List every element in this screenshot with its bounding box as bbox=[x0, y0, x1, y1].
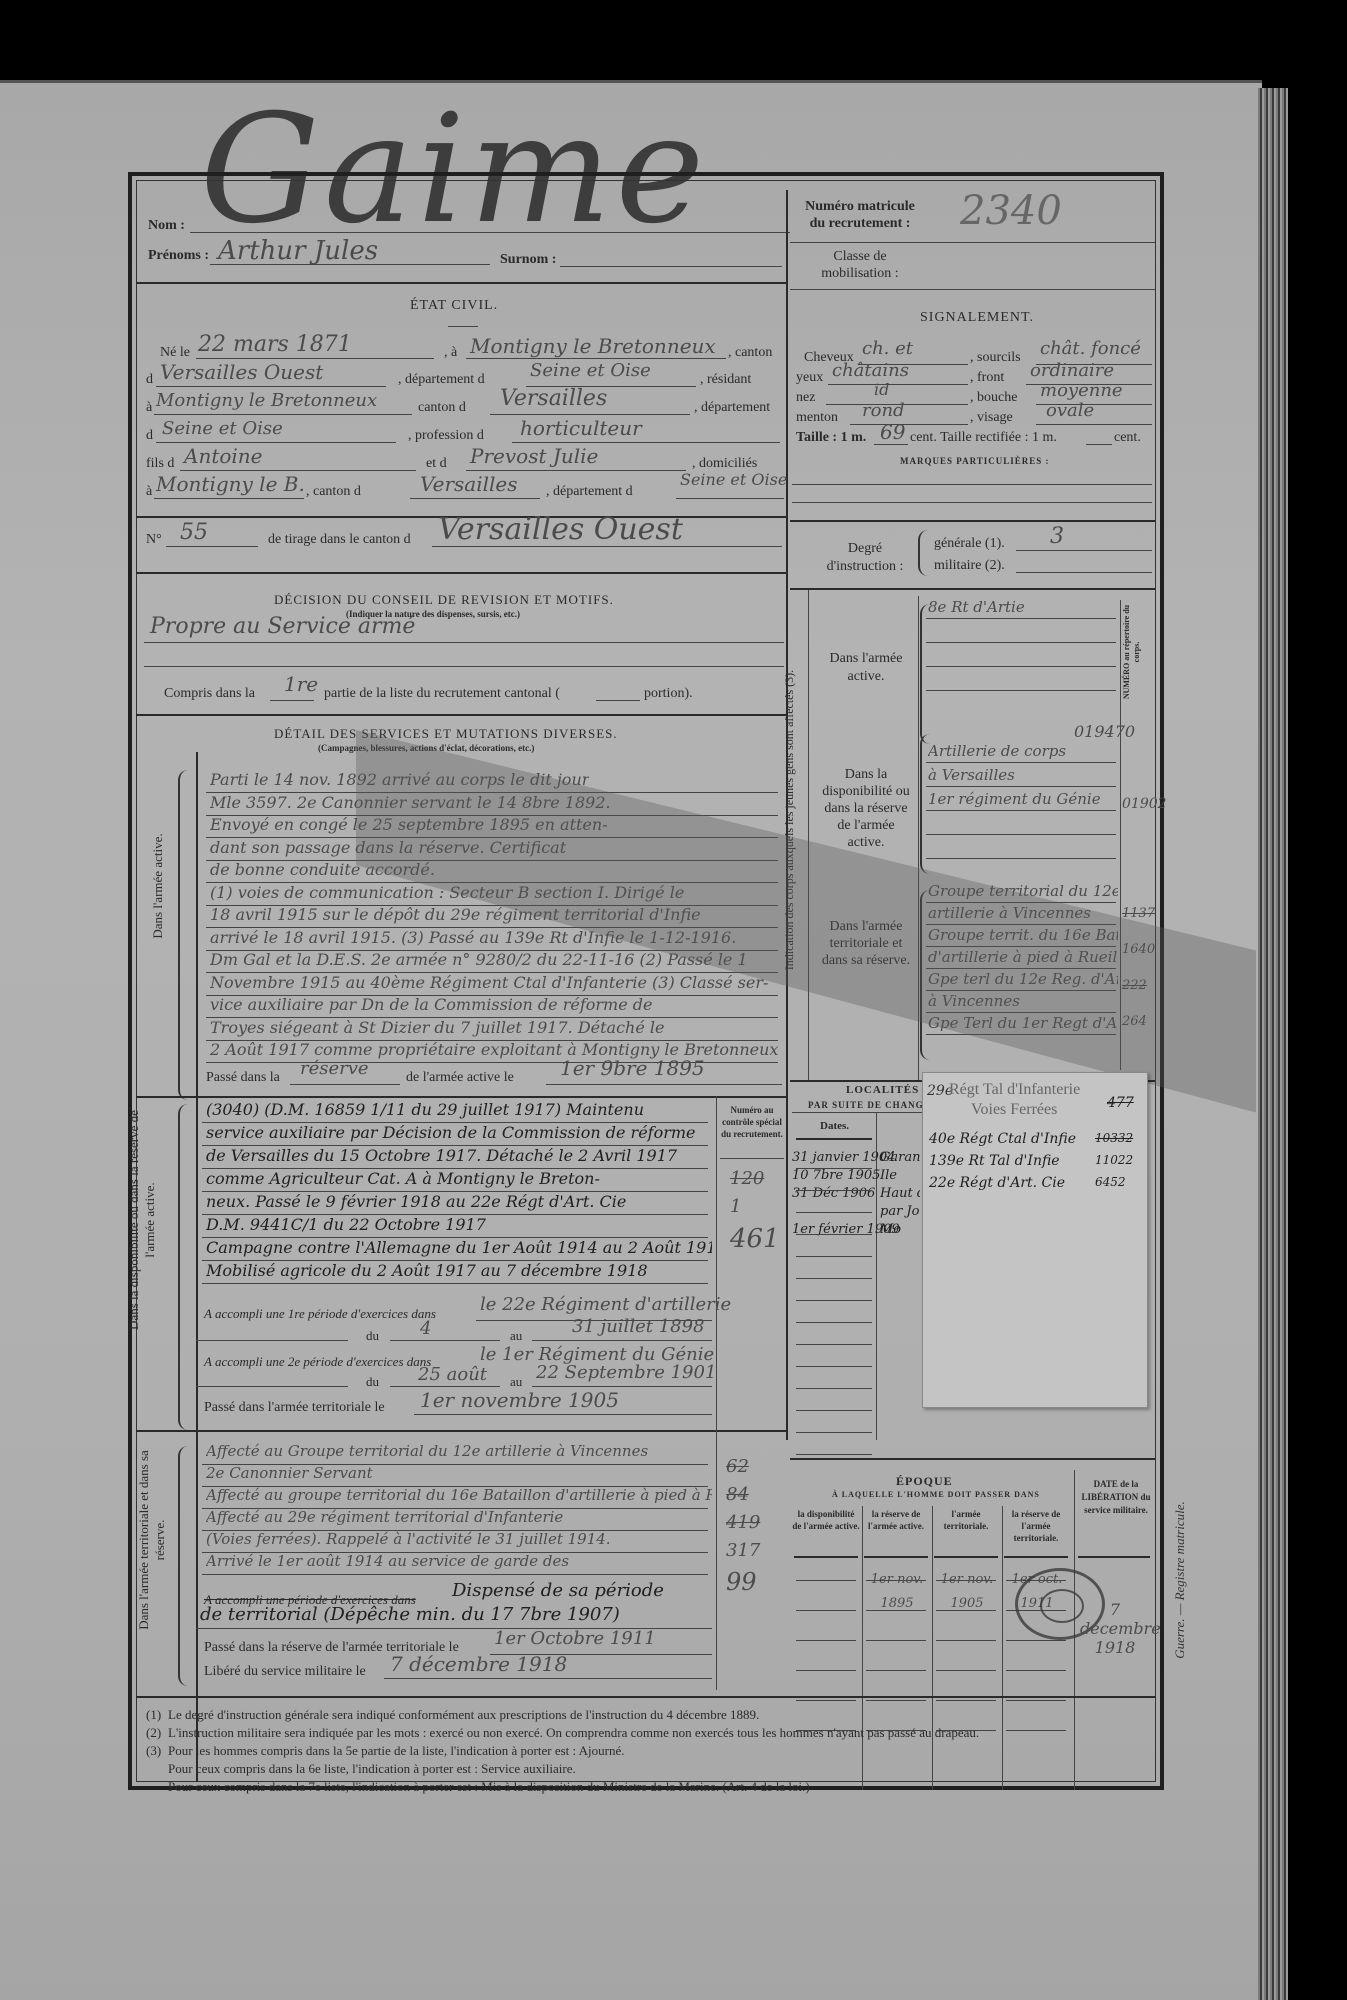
repertoire-header: NUMÉRO au répertoire du corps. bbox=[1122, 604, 1142, 700]
birth-date: 22 mars 1871 bbox=[198, 332, 352, 357]
line bbox=[792, 1112, 922, 1113]
line bbox=[796, 1212, 872, 1213]
line bbox=[866, 1670, 926, 1671]
instruction-generale-value: 3 bbox=[1050, 524, 1064, 549]
birth-place: Montigny le Bretonneux bbox=[470, 334, 716, 358]
menton-value: rond bbox=[862, 400, 905, 421]
line bbox=[1078, 1556, 1150, 1558]
tirage-number: 55 bbox=[180, 520, 208, 545]
handwritten-line: Troyes siégeant à St Dizier du 7 juillet… bbox=[210, 1018, 664, 1037]
handwritten-line: 18 avril 1915 sur le dépôt du 29e régime… bbox=[210, 905, 701, 924]
period1-au-value: 31 juillet 1898 bbox=[572, 1316, 705, 1337]
taille-cent-label: cent. bbox=[1114, 430, 1141, 446]
localite-place: Mo bbox=[880, 1222, 901, 1237]
surnom-line bbox=[560, 266, 782, 267]
line bbox=[926, 642, 1116, 643]
taille-value: 69 bbox=[880, 420, 905, 444]
corps-territoriale-label: Dans l'armée territoriale et dans sa rés… bbox=[818, 918, 914, 969]
prenoms-line bbox=[210, 264, 490, 265]
surnom-label: Surnom : bbox=[500, 252, 556, 268]
line bbox=[1006, 1640, 1066, 1641]
line bbox=[202, 1283, 708, 1284]
passe-reserve-territoriale-value: 1er Octobre 1911 bbox=[494, 1628, 656, 1649]
tirage-label: de tirage dans le canton d bbox=[268, 532, 411, 548]
period2-label: A accompli une 2e période d'exercices da… bbox=[204, 1354, 431, 1370]
controle-number: 317 bbox=[726, 1540, 760, 1561]
handwritten-line: Mle 3597. 2e Canonnier servant le 14 8br… bbox=[210, 793, 611, 812]
prenoms-value: Arthur Jules bbox=[218, 236, 378, 266]
line bbox=[1016, 572, 1152, 573]
line bbox=[796, 1700, 856, 1701]
line bbox=[796, 1190, 872, 1191]
footnote-text: Le degré d'instruction générale sera ind… bbox=[168, 1707, 759, 1722]
departement-value: Seine et Oise bbox=[530, 360, 651, 381]
note-entry: 22e Régt d'Art. Cie bbox=[929, 1175, 1065, 1191]
marques-label: MARQUES PARTICULIÈRES : bbox=[900, 456, 1050, 466]
libere-label: Libéré du service militaire le bbox=[204, 1664, 366, 1680]
fils-label: fils d bbox=[146, 456, 174, 472]
line bbox=[926, 786, 1116, 787]
territoriale-side-label: Dans l'armée territoriale et dans sa rés… bbox=[136, 1440, 168, 1640]
handwritten-line: (Voies ferrées). Rappelé à l'activité le… bbox=[206, 1530, 611, 1548]
pasted-note: 29e Régt Tal d'Infanterie Voies Ferrées … bbox=[922, 1072, 1148, 1408]
line bbox=[850, 424, 968, 425]
corps-entry: Groupe territ. du 16e Bataillon bbox=[928, 926, 1118, 944]
line bbox=[926, 834, 1116, 835]
nez-value: id bbox=[874, 380, 889, 399]
line bbox=[796, 1410, 872, 1411]
controle-header: Numéro au contrôle spécial du recrutemen… bbox=[720, 1104, 784, 1140]
nez-label: nez bbox=[796, 390, 815, 406]
footnote-text: Pour les hommes compris dans la 5e parti… bbox=[168, 1743, 625, 1758]
corps-entry: artillerie à Vincennes bbox=[928, 904, 1091, 922]
date-liberation-value: 7 décembre 1918 bbox=[1080, 1600, 1150, 1657]
bouche-label: , bouche bbox=[970, 390, 1017, 406]
passe-reserve-suffix: de l'armée active le bbox=[406, 1070, 514, 1086]
period2-du-label: du bbox=[366, 1374, 379, 1390]
handwritten-line: Affecté au Groupe territorial du 12e art… bbox=[206, 1442, 648, 1460]
localite-date: 31 Déc 1906 bbox=[792, 1186, 875, 1201]
note-entry: 139e Rt Tal d'Infie bbox=[929, 1153, 1060, 1169]
handwritten-line: Dm Gal et la D.E.S. 2e armée n° 9280/2 d… bbox=[210, 950, 748, 969]
passe-reserve-value: réserve bbox=[300, 1058, 369, 1079]
brace bbox=[178, 1104, 188, 1430]
note-number: 6452 bbox=[1095, 1175, 1126, 1189]
visage-value: ovale bbox=[1046, 400, 1094, 421]
domicile-departement-value: Seine et Oise bbox=[680, 470, 787, 489]
controle-number: 99 bbox=[726, 1568, 757, 1596]
handwritten-line: dant son passage dans la réserve. Certif… bbox=[210, 838, 566, 857]
corps-number: 222 bbox=[1122, 978, 1147, 993]
libere-value: 7 décembre 1918 bbox=[390, 1652, 567, 1676]
signalement-title: SIGNALEMENT. bbox=[920, 310, 1034, 326]
footnote-number: (2) bbox=[146, 1724, 168, 1742]
line bbox=[144, 642, 784, 643]
line bbox=[792, 484, 1152, 485]
yeux-value: châtains bbox=[832, 360, 909, 381]
line bbox=[796, 1344, 872, 1345]
line bbox=[1006, 1700, 1066, 1701]
line bbox=[796, 1454, 872, 1455]
domicile-canton-label: , canton d bbox=[306, 484, 361, 500]
line bbox=[926, 1012, 1116, 1013]
line bbox=[796, 1256, 872, 1257]
period1-unit: le 22e Régiment d'artillerie bbox=[480, 1294, 731, 1315]
matricule-label: Numéro matricule du recrutement : bbox=[800, 198, 920, 232]
note-printed-line2: Voies Ferrées bbox=[971, 1101, 1057, 1119]
portion-label: portion). bbox=[644, 686, 693, 702]
line bbox=[926, 666, 1116, 667]
note-number: 10332 bbox=[1095, 1131, 1133, 1145]
footnote-number: (1) bbox=[146, 1706, 168, 1724]
instruction-label: Degré d'instruction : bbox=[820, 540, 910, 576]
line bbox=[934, 1556, 998, 1558]
line bbox=[926, 990, 1116, 991]
corps-entry: Gpe Terl du 1er Regt d'Artie à pied bbox=[928, 1014, 1118, 1032]
line bbox=[270, 700, 314, 701]
decision-title: DÉCISION DU CONSEIL DE REVISION ET MOTIF… bbox=[274, 592, 614, 608]
localite-place: par Jou bbox=[880, 1204, 920, 1219]
mother-name: Prevost Julie bbox=[470, 444, 598, 468]
sourcils-value: chât. foncé bbox=[1040, 338, 1141, 359]
territoriale-period-cont: de territorial (Dépêche min. du 17 7bre … bbox=[200, 1604, 620, 1625]
epoque-value: 1er nov. 1895 bbox=[866, 1568, 928, 1616]
note-printed-line1: Régt Tal d'Infanterie bbox=[949, 1081, 1080, 1099]
instruction-generale-label: générale (1). bbox=[934, 536, 1005, 552]
period2-au-value: 22 Septembre 1901 bbox=[536, 1362, 716, 1383]
compris-label: Compris dans la bbox=[164, 686, 255, 702]
line bbox=[796, 1670, 856, 1671]
line bbox=[796, 1300, 872, 1301]
corps-active-number: 019470 bbox=[1074, 722, 1135, 741]
line bbox=[866, 1640, 926, 1641]
profession-label: , profession d bbox=[408, 428, 484, 444]
line bbox=[546, 1084, 782, 1085]
epoque-column-header: la réserve de l'armée territoriale. bbox=[1002, 1508, 1070, 1544]
passe-territoriale-value: 1er novembre 1905 bbox=[420, 1388, 619, 1412]
localite-place: Haut de bbox=[880, 1186, 920, 1201]
line bbox=[926, 968, 1116, 969]
corps-entry: Artillerie de corps bbox=[928, 742, 1066, 760]
period1-label: A accompli une 1re période d'exercices d… bbox=[204, 1306, 436, 1322]
line bbox=[156, 442, 396, 443]
corps-entry: Groupe territorial du 12e bbox=[928, 882, 1118, 900]
brace bbox=[178, 770, 188, 1100]
line bbox=[792, 502, 1152, 503]
handwritten-line: service auxiliaire par Décision de la Co… bbox=[206, 1123, 696, 1142]
divider bbox=[136, 1696, 1156, 1698]
epoque-col-divider bbox=[1002, 1506, 1003, 1790]
matricule-value: 2340 bbox=[960, 188, 1062, 234]
line bbox=[796, 1580, 856, 1581]
sourcils-label: , sourcils bbox=[970, 350, 1021, 366]
divider bbox=[136, 282, 786, 284]
handwritten-line: Envoyé en congé le 25 septembre 1895 en … bbox=[210, 815, 608, 834]
passe-reserve-date: 1er 9bre 1895 bbox=[560, 1056, 705, 1080]
line bbox=[414, 1414, 712, 1415]
handwritten-line: comme Agriculteur Cat. A à Montigny le B… bbox=[206, 1169, 600, 1188]
line bbox=[1036, 424, 1152, 425]
line bbox=[532, 1386, 712, 1387]
front-label: , front bbox=[970, 370, 1004, 386]
line bbox=[796, 1168, 872, 1169]
prenoms-label: Prénoms : bbox=[148, 248, 209, 264]
canton-d-label: d bbox=[146, 372, 153, 388]
footnote-text: Pour ceux compris dans la 7e liste, l'in… bbox=[168, 1779, 810, 1794]
handwritten-line: (1) voies de communication : Secteur B s… bbox=[210, 883, 684, 902]
line bbox=[202, 1574, 708, 1575]
dates-header: Dates. bbox=[820, 1120, 849, 1132]
corps-active-label: Dans l'armée active. bbox=[818, 650, 914, 686]
corps-entry: à Vincennes bbox=[928, 992, 1020, 1010]
divider bbox=[136, 572, 786, 574]
departement-label: , département d bbox=[398, 372, 485, 388]
divider bbox=[136, 1430, 786, 1432]
residant-canton-label: canton d bbox=[418, 400, 466, 416]
localite-place: Ile bbox=[880, 1168, 897, 1183]
domicile-value: Montigny le B. bbox=[156, 472, 305, 496]
passe-reserve-label: Passé dans la bbox=[206, 1070, 280, 1086]
line bbox=[676, 498, 784, 499]
localite-place: Garancières bbox=[880, 1150, 920, 1165]
active-side-label: Dans l'armée active. bbox=[150, 786, 166, 986]
line bbox=[390, 1386, 500, 1387]
handwritten-line: Affecté au groupe territorial du 16e Bat… bbox=[206, 1486, 712, 1504]
divider bbox=[790, 289, 1155, 290]
controle-number: 62 bbox=[726, 1456, 749, 1477]
brace bbox=[178, 1446, 188, 1686]
classe-label: Classe de mobilisation : bbox=[800, 248, 920, 282]
corps-divider bbox=[1120, 600, 1121, 1070]
line bbox=[926, 1034, 1116, 1035]
bouche-value: moyenne bbox=[1040, 380, 1123, 401]
line bbox=[410, 498, 540, 499]
controle-number: 419 bbox=[726, 1512, 760, 1533]
et-d-label: et d bbox=[426, 456, 447, 472]
line bbox=[1016, 550, 1152, 551]
line bbox=[926, 902, 1116, 903]
services-subtitle: (Campagnes, blessures, actions d'éclat, … bbox=[318, 743, 534, 753]
line bbox=[1004, 1556, 1068, 1558]
front-value: ordinaire bbox=[1030, 360, 1114, 381]
handwritten-line: Affecté au 29e régiment territorial d'In… bbox=[206, 1508, 563, 1526]
handwritten-line: vice auxiliaire par Dn de la Commission … bbox=[210, 995, 652, 1014]
line bbox=[864, 1556, 928, 1558]
domicile-canton-value: Versailles bbox=[420, 472, 517, 496]
divider bbox=[136, 1096, 786, 1098]
note-entry: 40e Régt Ctal d'Infie bbox=[929, 1131, 1076, 1147]
line bbox=[936, 1640, 996, 1641]
line bbox=[490, 414, 690, 415]
note-number: 11022 bbox=[1095, 1153, 1133, 1167]
taille-label: Taille : 1 m. bbox=[796, 430, 866, 446]
line bbox=[796, 1234, 872, 1235]
canton-value: Versailles Ouest bbox=[160, 360, 323, 384]
partie-label: partie de la liste du recrutement canton… bbox=[324, 686, 560, 702]
canton-label: , canton bbox=[728, 345, 772, 361]
residant-departement-label: , département bbox=[694, 400, 770, 416]
period1-au-label: au bbox=[510, 1328, 522, 1344]
controle-number: 1 bbox=[730, 1196, 741, 1217]
controle-number: 120 bbox=[730, 1168, 764, 1189]
corps-entry: 8e Rt d'Artie bbox=[928, 598, 1025, 616]
corps-entry: d'artillerie à pied à Rueil bbox=[928, 948, 1117, 966]
controle-divider bbox=[716, 1430, 717, 1690]
line bbox=[796, 1278, 872, 1279]
footnote: Pour ceux compris dans la 7e liste, l'in… bbox=[146, 1778, 979, 1796]
handwritten-line: (3040) (D.M. 16859 1/11 du 29 juillet 19… bbox=[206, 1100, 644, 1119]
handwritten-line: de bonne conduite accordé. bbox=[210, 860, 435, 879]
corps-number: 264 bbox=[1122, 1014, 1147, 1029]
handwritten-line: de Versailles du 15 Octobre 1917. Détach… bbox=[206, 1146, 677, 1165]
line bbox=[1006, 1730, 1066, 1731]
line bbox=[936, 1670, 996, 1671]
etat-civil-title: ÉTAT CIVIL. bbox=[410, 298, 498, 314]
line bbox=[794, 1556, 858, 1558]
epoque-column-header: la réserve de l'armée active. bbox=[862, 1508, 930, 1532]
taille-rectifiee-label: cent. Taille rectifiée : 1 m. bbox=[910, 430, 1057, 446]
corps-entry: 1er régiment du Génie bbox=[928, 790, 1101, 808]
controle-number: 461 bbox=[730, 1224, 780, 1254]
residence-value: Montigny le Bretonneux bbox=[156, 390, 377, 411]
line bbox=[796, 1388, 872, 1389]
line bbox=[1086, 444, 1112, 445]
nom-label: Nom : bbox=[148, 218, 185, 234]
line bbox=[796, 1366, 872, 1367]
corps-reserve-number: 01902 bbox=[1122, 796, 1167, 812]
line bbox=[390, 1340, 500, 1341]
side-margin-label: Guerre. — Registre matricule. bbox=[1172, 1460, 1188, 1700]
line bbox=[532, 1340, 712, 1341]
line bbox=[720, 1158, 784, 1159]
residant-departement-d: d bbox=[146, 428, 153, 444]
line bbox=[926, 618, 1116, 619]
line bbox=[512, 442, 780, 443]
period1-du-label: du bbox=[366, 1328, 379, 1344]
line bbox=[796, 1322, 872, 1323]
footnote-text: L'instruction militaire sera indiquée pa… bbox=[168, 1725, 979, 1740]
nom-line bbox=[190, 232, 790, 233]
corps-number: 1137 bbox=[1122, 906, 1155, 921]
line bbox=[926, 858, 1116, 859]
corps-number: 1640 bbox=[1122, 942, 1155, 957]
residant-canton-value: Versailles bbox=[500, 386, 607, 411]
line bbox=[144, 666, 784, 667]
line bbox=[926, 946, 1116, 947]
period1-du-value: 4 bbox=[420, 1318, 431, 1339]
handwritten-line: 2e Canonnier Servant bbox=[206, 1464, 373, 1482]
ne-le-label: Né le bbox=[160, 345, 190, 361]
residant-label: , résidant bbox=[700, 372, 751, 388]
divider bbox=[790, 588, 1155, 590]
handwritten-line: Novembre 1915 au 40ème Régiment Ctal d'I… bbox=[210, 973, 768, 992]
domicile-a-label: à bbox=[146, 484, 152, 500]
handwritten-line: Parti le 14 nov. 1892 arrivé au corps le… bbox=[210, 770, 589, 789]
period2-du-value: 25 août bbox=[418, 1364, 487, 1385]
line bbox=[796, 1138, 872, 1140]
corps-divider bbox=[918, 596, 919, 1080]
tirage-canton-value: Versailles Ouest bbox=[438, 512, 683, 547]
profession-value: horticulteur bbox=[520, 416, 642, 440]
line bbox=[466, 470, 686, 471]
footnote: (3)Pour les hommes compris dans la 5e pa… bbox=[146, 1742, 979, 1760]
reserve-side-label: Dans la disponibilité ou dans la réserve… bbox=[126, 1110, 158, 1330]
father-name: Antoine bbox=[184, 444, 263, 468]
decision-value: Propre au Service armé bbox=[150, 614, 415, 639]
date-liberation-header: DATE de la LIBÉRATION du service militai… bbox=[1078, 1478, 1154, 1517]
residant-departement-value: Seine et Oise bbox=[162, 418, 283, 439]
line bbox=[926, 810, 1116, 811]
footnote: (2)L'instruction militaire sera indiquée… bbox=[146, 1724, 979, 1742]
yeux-label: yeux bbox=[796, 370, 823, 386]
line bbox=[166, 546, 258, 547]
localite-date: 10 7bre 1905 bbox=[792, 1168, 880, 1183]
divider bbox=[790, 520, 1155, 522]
divider bbox=[136, 714, 786, 716]
line bbox=[1006, 1670, 1066, 1671]
handwritten-line: Campagne contre l'Allemagne du 1er Août … bbox=[206, 1238, 712, 1257]
line bbox=[290, 1084, 400, 1085]
line bbox=[466, 358, 726, 359]
line bbox=[154, 414, 412, 415]
passe-territoriale-label: Passé dans l'armée territoriale le bbox=[204, 1400, 385, 1416]
footnote: (1)Le degré d'instruction générale sera … bbox=[146, 1706, 979, 1724]
compris-value: 1re bbox=[284, 672, 318, 696]
domicile-departement-label: , département d bbox=[546, 484, 633, 500]
line bbox=[796, 1640, 856, 1641]
residant-a-label: à bbox=[146, 400, 152, 416]
handwritten-line: arrivé le 18 avril 1915. (3) Passé au 13… bbox=[210, 928, 736, 947]
epoque-column-header: la disponibilité de l'armée active. bbox=[792, 1508, 860, 1532]
line bbox=[180, 470, 416, 471]
a-label: , à bbox=[444, 345, 457, 361]
line bbox=[866, 1700, 926, 1701]
page-edges bbox=[1258, 88, 1288, 2000]
brace bbox=[918, 530, 928, 576]
line bbox=[196, 1340, 348, 1341]
controle-number: 84 bbox=[726, 1484, 749, 1505]
line bbox=[926, 762, 1116, 763]
visage-label: , visage bbox=[970, 410, 1013, 426]
line bbox=[796, 1432, 872, 1433]
title-rule bbox=[448, 326, 478, 327]
brace bbox=[920, 604, 930, 744]
line bbox=[926, 690, 1116, 691]
divider bbox=[790, 242, 1155, 243]
line bbox=[936, 1700, 996, 1701]
handwritten-line: Arrivé le 1er août 1914 au service de ga… bbox=[206, 1552, 569, 1570]
line bbox=[796, 1610, 856, 1611]
services-title: DÉTAIL DES SERVICES ET MUTATIONS DIVERSE… bbox=[274, 726, 618, 742]
territoriale-period-value: Dispensé de sa période bbox=[452, 1580, 664, 1601]
footnote-text: Pour ceux compris dans la 6e liste, l'in… bbox=[168, 1761, 576, 1776]
footnote-number: (3) bbox=[146, 1742, 168, 1760]
corps-reserve-label: Dans la disponibilité ou dans la réserve… bbox=[818, 766, 914, 851]
line bbox=[874, 444, 908, 445]
corps-divider bbox=[808, 590, 809, 1080]
corps-entry: à Versailles bbox=[928, 766, 1015, 784]
handwritten-line: Mobilisé agricole du 2 Août 1917 au 7 dé… bbox=[206, 1261, 648, 1280]
handwritten-line: neux. Passé le 9 février 1918 au 22e Rég… bbox=[206, 1192, 626, 1211]
line bbox=[196, 1386, 348, 1387]
tirage-no-label: N° bbox=[146, 532, 162, 548]
epoque-column-header: l'armée territoriale. bbox=[932, 1508, 1000, 1532]
corps-side-label: Indication des corps auxquels les jeunes… bbox=[782, 590, 797, 1050]
handwritten-line: D.M. 9441C/1 du 22 Octobre 1917 bbox=[206, 1215, 486, 1234]
instruction-militaire-label: militaire (2). bbox=[934, 558, 1005, 574]
controle-divider bbox=[716, 1096, 717, 1436]
epoque-value: 1er nov. 1905 bbox=[936, 1568, 998, 1616]
